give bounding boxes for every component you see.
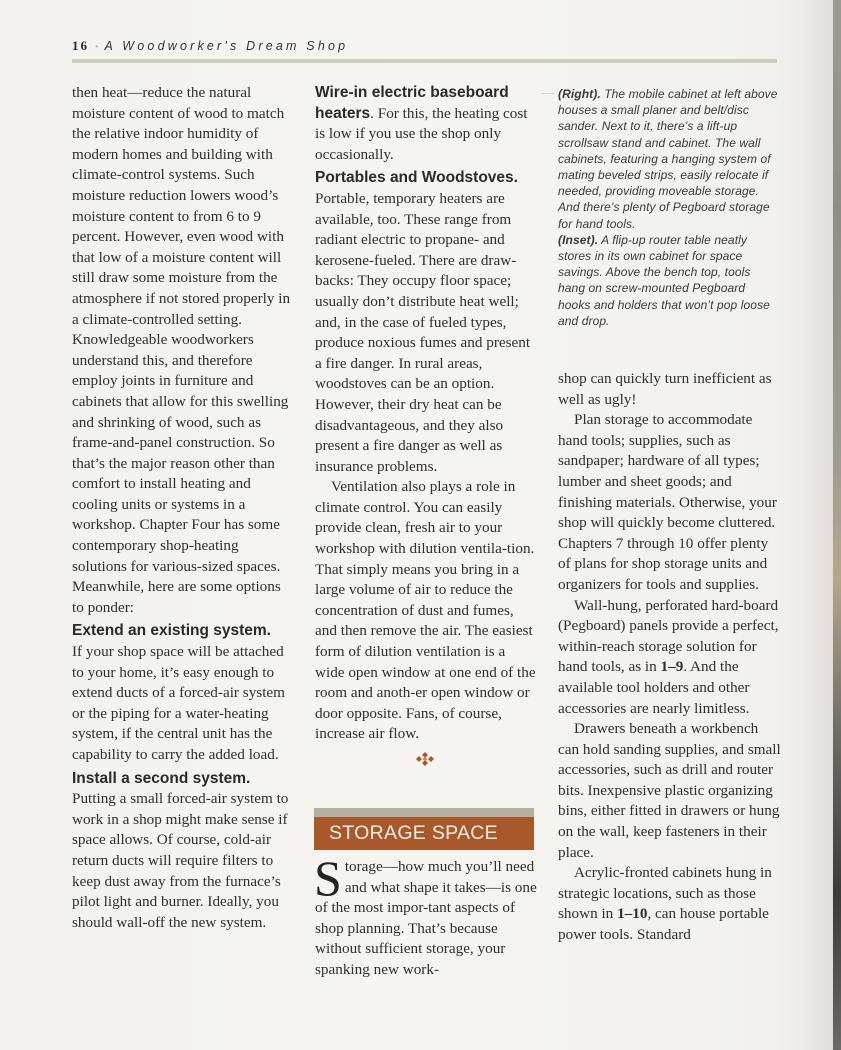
caption-text: The mobile cabinet at left above houses … [558, 87, 778, 231]
second-system-paragraph: Putting a small forced-air system to wor… [72, 789, 294, 933]
ventilation-paragraph: Ventilation also plays a role in climate… [315, 477, 537, 745]
plan-storage-paragraph: Plan storage to accommodate hand tools; … [558, 410, 783, 595]
portables-paragraph: Portable, temporary heaters are availabl… [315, 189, 537, 477]
subhead-second-system: Install a second system. [72, 769, 294, 790]
drawers-paragraph: Drawers beneath a workbench can hold san… [558, 719, 783, 863]
storage-intro-text: torage—how much you’ll need and what sha… [315, 858, 537, 978]
bullet-separator-icon: • [95, 42, 99, 53]
subhead-portables: Portables and Woodstoves. [315, 168, 537, 189]
caption-label: (Inset). [558, 233, 598, 247]
caption-label: (Right). [558, 87, 601, 101]
running-title: A Woodworker's Dream Shop [105, 39, 349, 53]
figure-reference: 1–9 [661, 658, 684, 675]
diamond-cluster-ornament-icon [414, 752, 436, 766]
baseboard-paragraph: Wire-in electric baseboard heaters. For … [315, 83, 537, 165]
caption-right: (Right). The mobile cabinet at left abov… [558, 86, 780, 232]
intro-paragraph: then heat—reduce the natural moisture co… [72, 83, 294, 618]
drop-cap: S [314, 859, 342, 897]
storage-intro-paragraph: Storage—how much you’ll need and what sh… [315, 857, 537, 981]
caption-text: A flip-up router table neatly stores in … [558, 233, 770, 328]
facing-page-photo-edge [833, 0, 841, 1050]
figure-reference: 1–10 [617, 905, 647, 922]
book-page: 16 • A Woodworker's Dream Shop then heat… [0, 0, 841, 1050]
subhead-extend-system: Extend an existing system. [72, 621, 294, 642]
caption-inset: (Inset). A flip-up router table neatly s… [558, 232, 780, 329]
column-3-body: shop can quickly turn inefficient as wel… [558, 369, 783, 946]
captions: (Right). The mobile cabinet at left abov… [558, 86, 780, 329]
page-number: 16 [72, 38, 89, 54]
extend-system-paragraph: If your shop space will be attached to y… [72, 642, 294, 766]
pegboard-paragraph: Wall-hung, perforated hard-board (Pegboa… [558, 596, 783, 720]
section-banner-storage: STORAGE SPACE [314, 808, 534, 850]
caption-leader-line [541, 93, 555, 94]
continued-paragraph: shop can quickly turn inefficient as wel… [558, 369, 783, 410]
header-rule [72, 59, 777, 63]
banner-top-bar [314, 808, 534, 817]
acrylic-paragraph: Acrylic-fronted cabinets hung in strateg… [558, 863, 783, 945]
column-1: then heat—reduce the natural moisture co… [72, 83, 294, 933]
column-2: Wire-in electric baseboard heaters. For … [315, 83, 537, 745]
running-header: 16 • A Woodworker's Dream Shop [72, 38, 348, 58]
section-title: STORAGE SPACE [314, 817, 534, 850]
